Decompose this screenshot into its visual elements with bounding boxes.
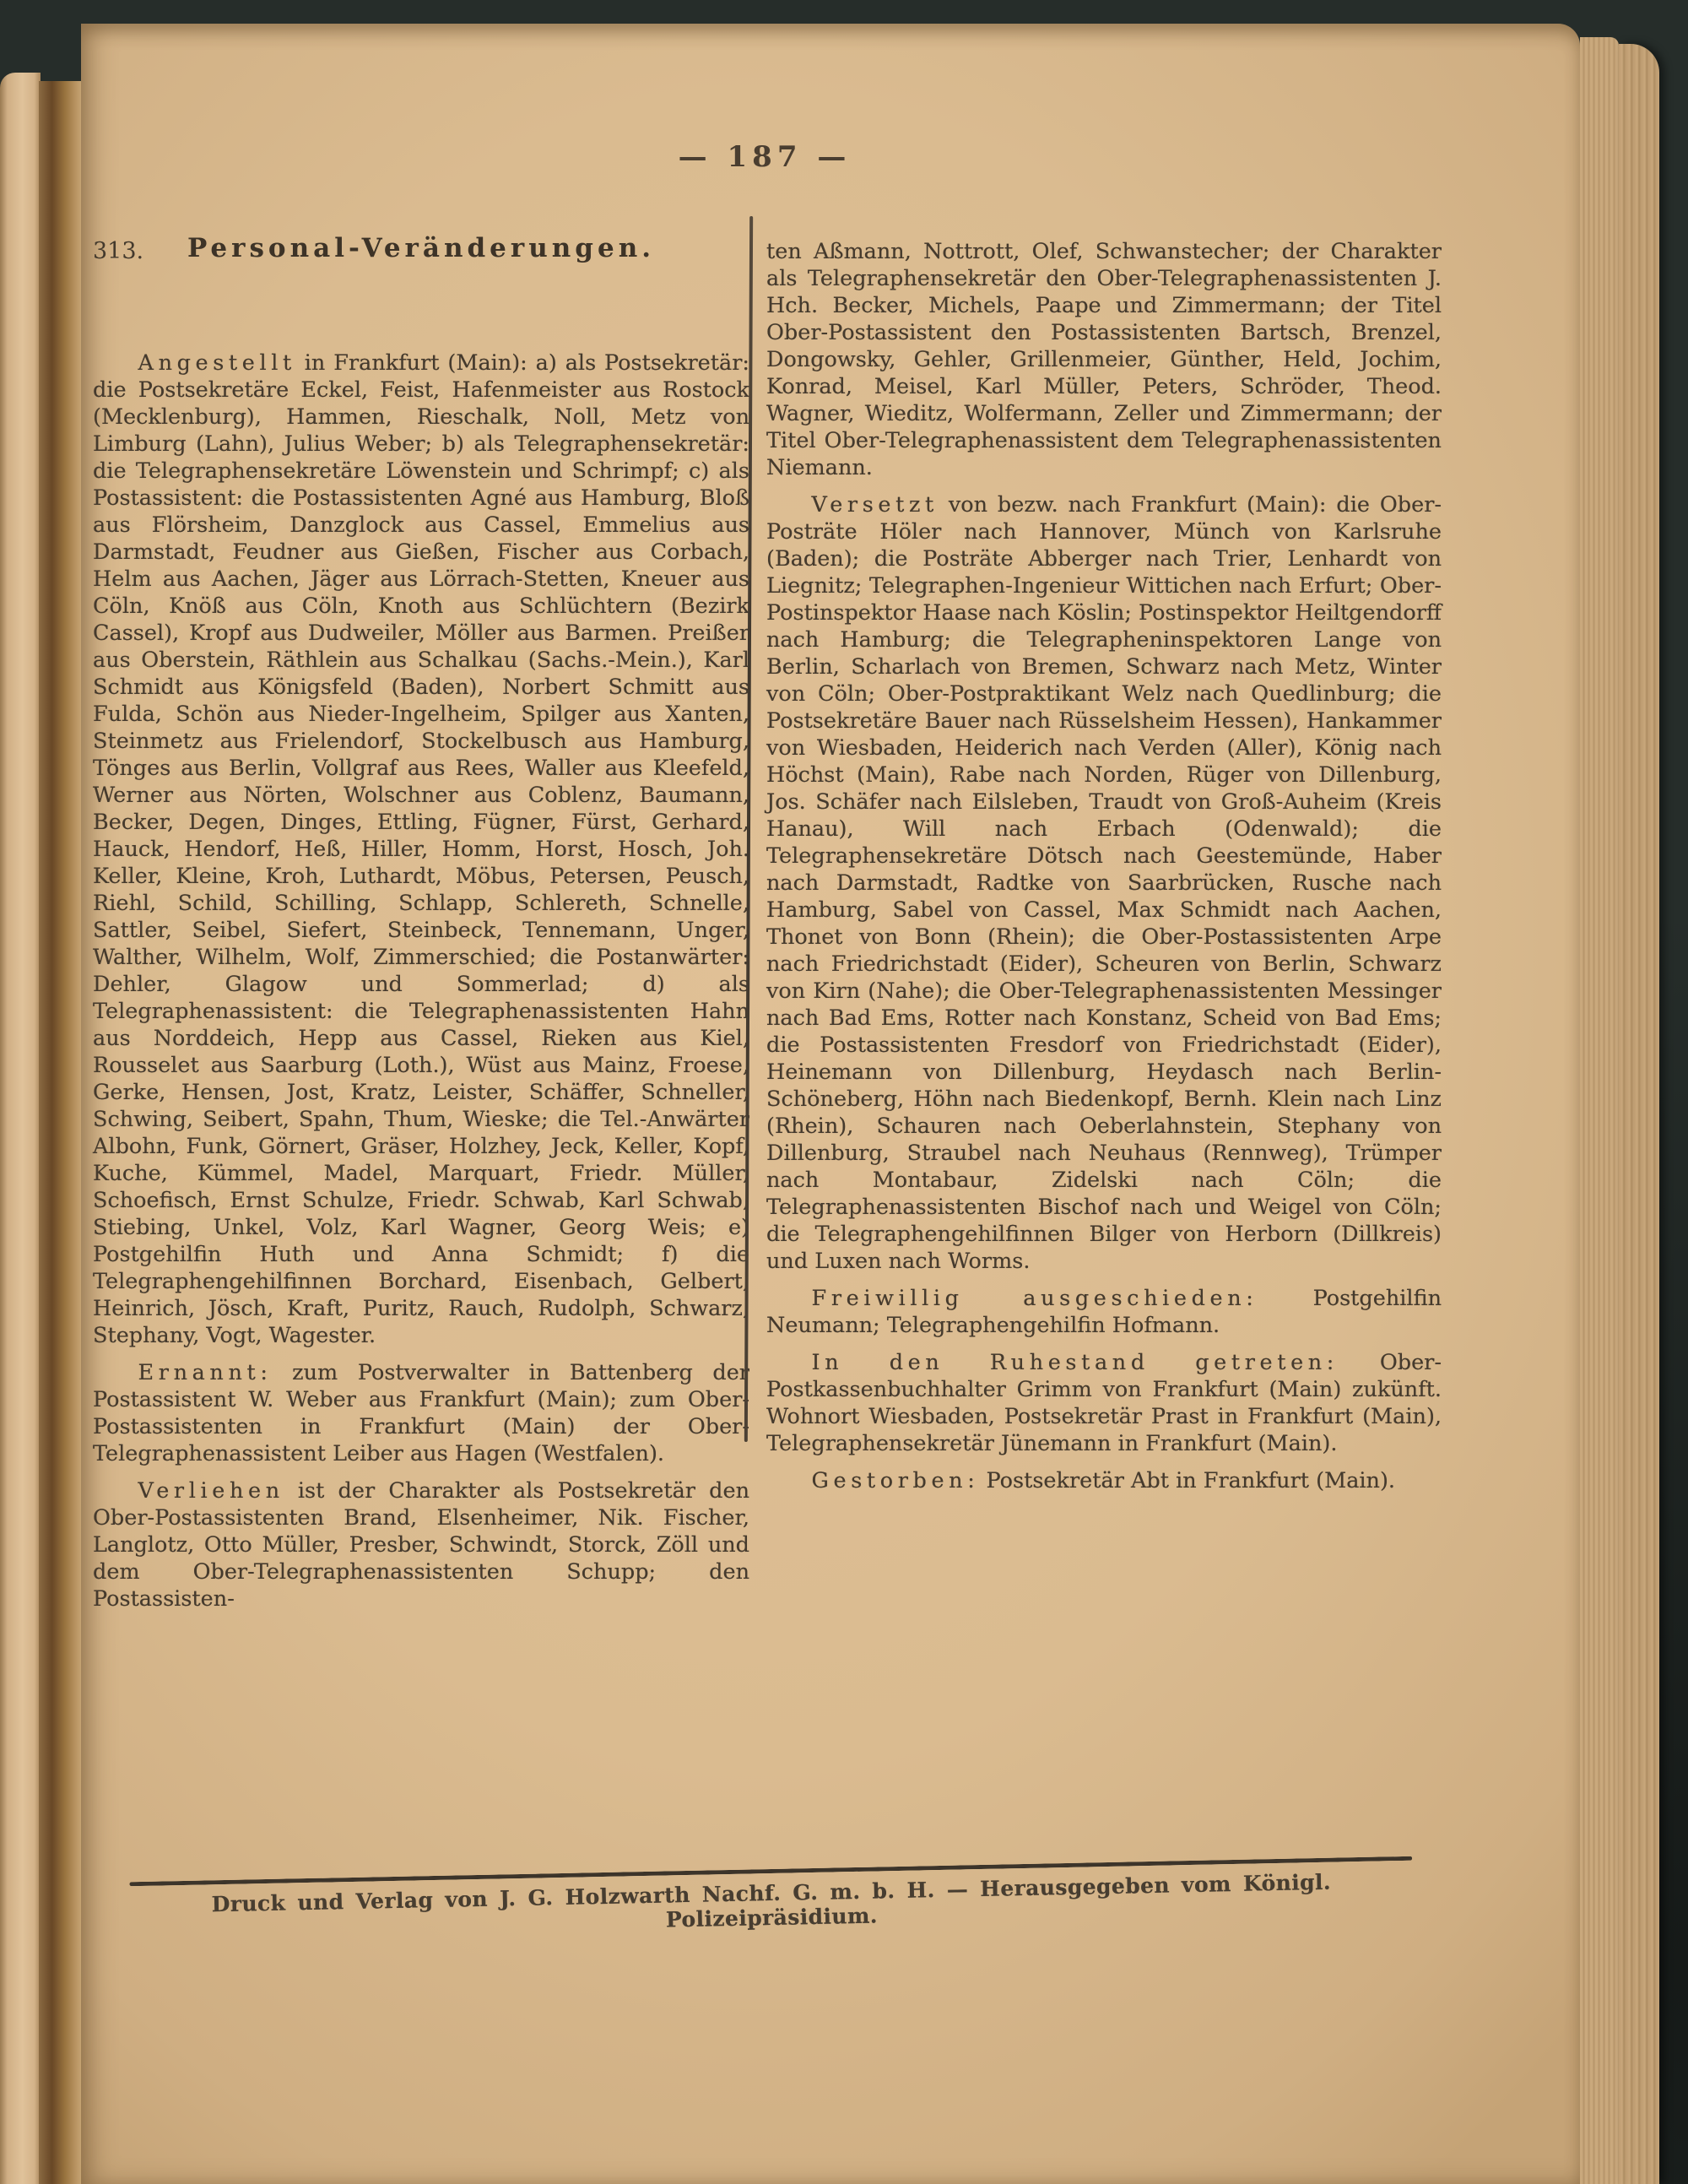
paragraph-lead: Angestellt xyxy=(138,350,296,376)
fore-edge-pages-inner xyxy=(1580,37,1619,2184)
page: — 187 — 313. Personal-Veränderungen. Ang… xyxy=(81,24,1580,2184)
paragraph-lead: Versetzt xyxy=(812,492,939,518)
paragraph-versetzt: Versetzt von bezw. nach Frankfurt (Main)… xyxy=(766,491,1442,1275)
paragraph-text: Postsekretär Abt in Frankfurt (Main). xyxy=(979,1468,1395,1493)
gutter-shadow xyxy=(39,81,83,2184)
paragraph-text: von bezw. nach Frankfurt (Main): die Obe… xyxy=(766,492,1442,1274)
paragraph-lead: Freiwillig ausgeschieden: xyxy=(812,1286,1258,1311)
paragraph-ruhestand: In den Ruhestand getreten: Ober-Postkass… xyxy=(766,1349,1442,1457)
article-number: 313. xyxy=(93,238,143,264)
fore-edge-pages-outer xyxy=(1619,44,1659,2184)
paragraph-lead: Gestorben: xyxy=(812,1468,980,1493)
paragraph-verliehen: Verliehen ist der Charakter als Postsekr… xyxy=(93,1477,749,1612)
imprint-footer: Druck und Verlag von J. G. Holzwarth Nac… xyxy=(129,1856,1413,1943)
left-column: Angestellt in Frankfurt (Main): a) als P… xyxy=(93,350,749,1623)
paragraph-lead: Ernannt: xyxy=(138,1360,273,1385)
paragraph-continuation: ten Aßmann, Nottrott, Olef, Schwansteche… xyxy=(766,238,1442,481)
paragraph-freiwillig-ausgeschieden: Freiwillig ausgeschieden: Postgehilfin N… xyxy=(766,1285,1442,1339)
paragraph-lead: Verliehen xyxy=(138,1478,284,1504)
article-heading-row: 313. Personal-Veränderungen. xyxy=(93,233,749,263)
paragraph-text: ten Aßmann, Nottrott, Olef, Schwansteche… xyxy=(766,239,1442,480)
paragraph-angestellt: Angestellt in Frankfurt (Main): a) als P… xyxy=(93,350,749,1349)
article-title: Personal-Veränderungen. xyxy=(93,233,749,263)
paragraph-ernannt: Ernannt: zum Postverwalter in Battenberg… xyxy=(93,1359,749,1467)
right-column: ten Aßmann, Nottrott, Olef, Schwansteche… xyxy=(766,238,1442,1504)
page-number: — 187 — xyxy=(81,140,1448,174)
book-photo: — 187 — 313. Personal-Veränderungen. Ang… xyxy=(0,0,1688,2184)
previous-page-edge xyxy=(0,73,41,2184)
paragraph-gestorben: Gestorben: Postsekretär Abt in Frankfurt… xyxy=(766,1467,1442,1494)
paragraph-lead: In den Ruhestand getreten: xyxy=(812,1350,1339,1375)
paragraph-text: in Frankfurt (Main): a) als Postsekretär… xyxy=(93,350,749,1348)
